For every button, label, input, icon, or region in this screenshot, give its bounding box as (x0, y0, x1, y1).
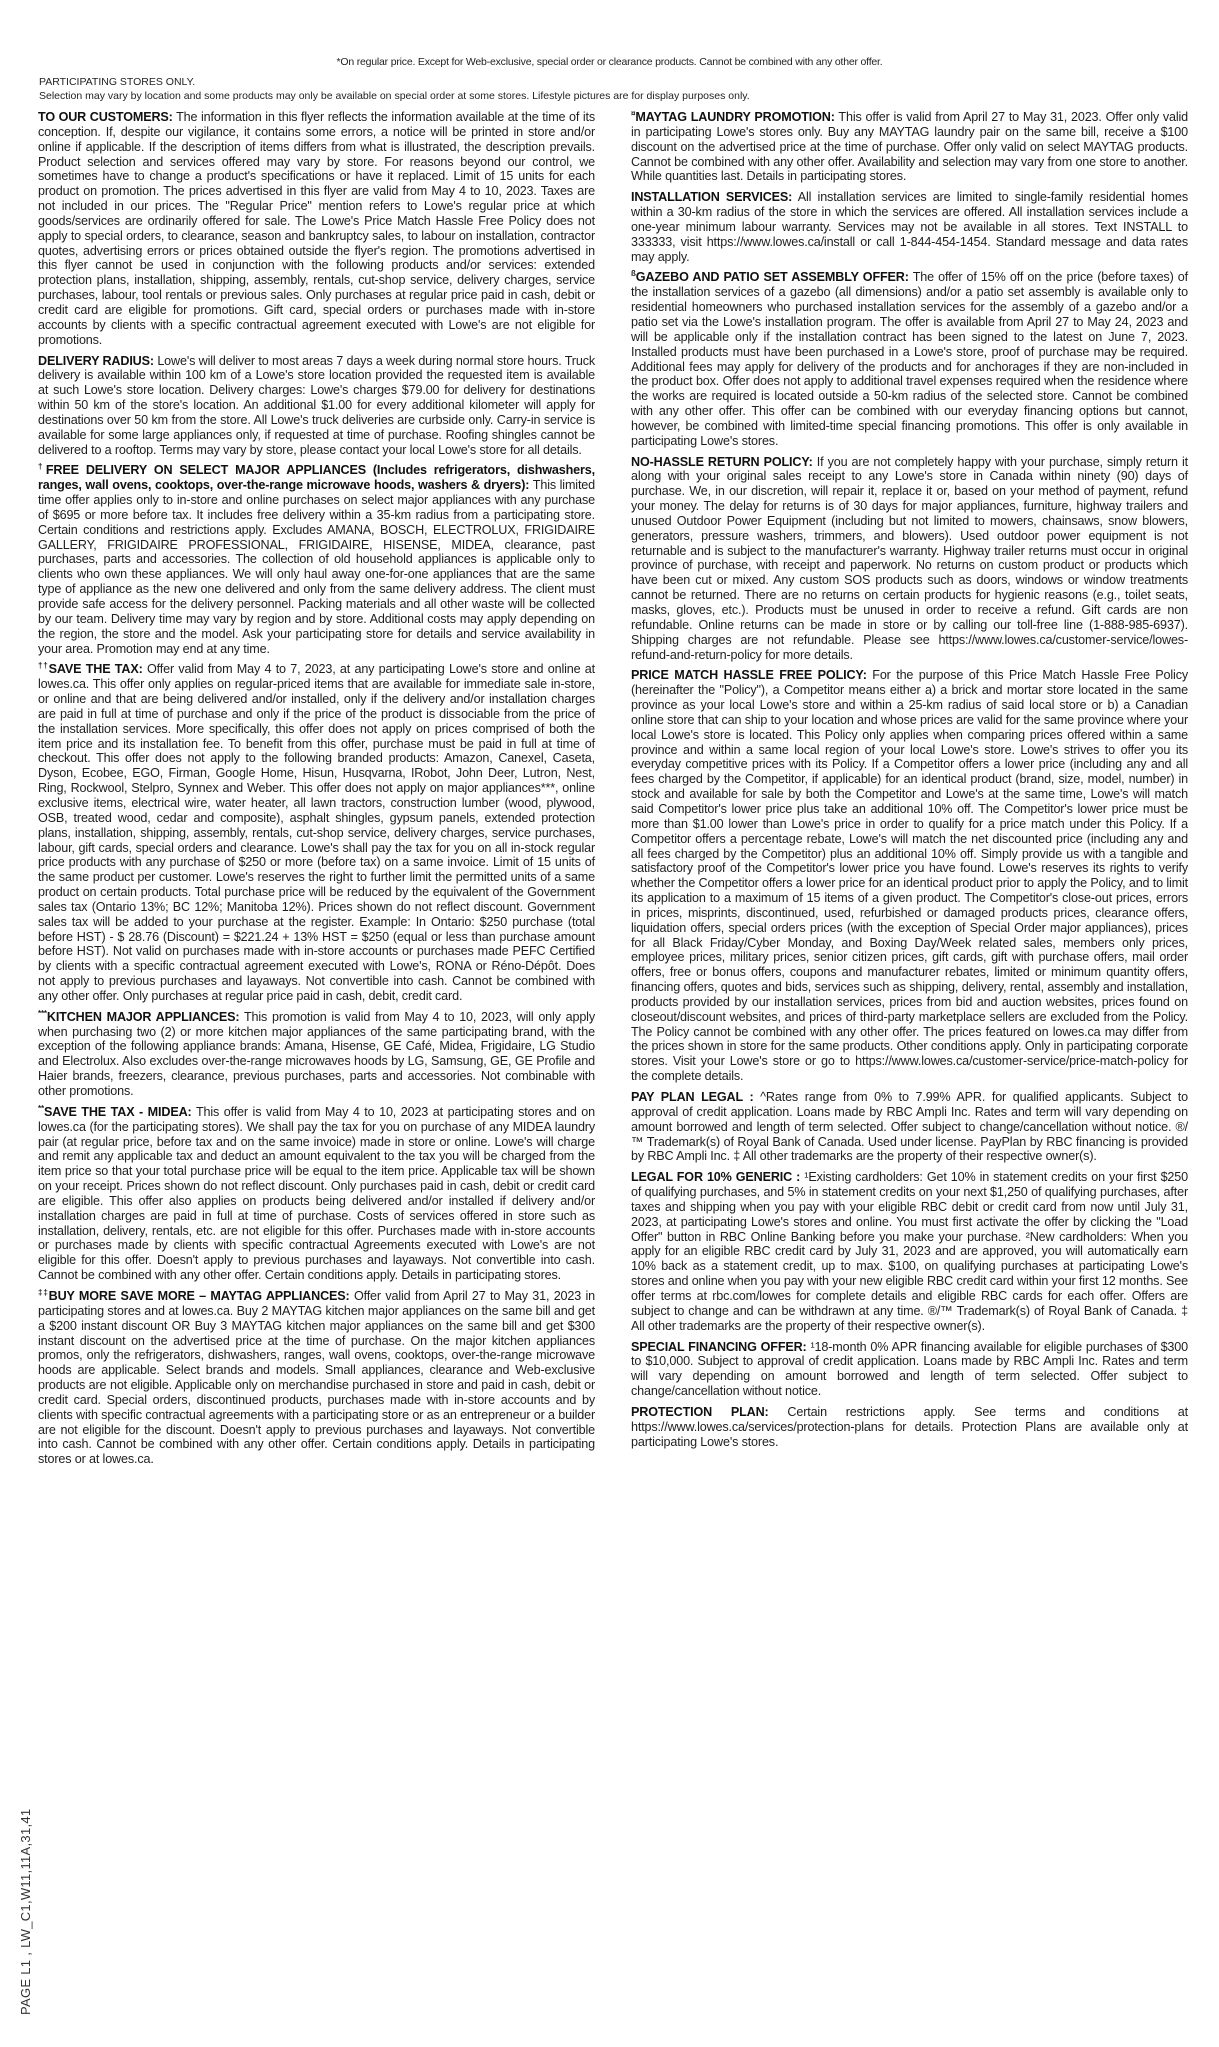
legal-section-buy-more-save-more-maytag: ‡‡BUY MORE SAVE MORE – MAYTAG APPLIANCES… (38, 1289, 595, 1467)
legal-section-save-the-tax-midea: **SAVE THE TAX - MIDEA: This offer is va… (38, 1105, 595, 1283)
section-heading: PRICE MATCH HASSLE FREE POLICY: (631, 668, 867, 682)
participating-stores-label: PARTICIPATING STORES ONLY. (39, 75, 750, 89)
section-body: The offer of 15% off on the price (befor… (631, 270, 1188, 447)
legal-section-price-match: PRICE MATCH HASSLE FREE POLICY: For the … (631, 668, 1188, 1084)
section-heading: LEGAL FOR 10% GENERIC : (631, 1170, 800, 1184)
section-body: Lowe's will deliver to most areas 7 days… (38, 354, 595, 457)
legal-section-installation-services: INSTALLATION SERVICES: All installation … (631, 190, 1188, 264)
section-body: ¹Existing cardholders: Get 10% in statem… (631, 1170, 1188, 1332)
participating-stores-block: PARTICIPATING STORES ONLY. Selection may… (39, 75, 750, 103)
section-heading: GAZEBO AND PATIO SET ASSEMBLY OFFER: (636, 270, 909, 284)
section-heading: SAVE THE TAX - MIDEA: (44, 1105, 192, 1119)
legal-section-pay-plan: PAY PLAN LEGAL : ^Rates range from 0% to… (631, 1090, 1188, 1164)
section-body: The information in this flyer reflects t… (38, 110, 595, 347)
legal-section-10-percent-generic: LEGAL FOR 10% GENERIC : ¹Existing cardho… (631, 1170, 1188, 1333)
section-heading: SAVE THE TAX: (49, 662, 143, 676)
section-heading: DELIVERY RADIUS: (38, 354, 154, 368)
footnote-symbol: † (38, 462, 46, 471)
legal-columns: TO OUR CUSTOMERS: The information in thi… (38, 110, 1188, 1473)
page-side-code: PAGE L1 , LW_C1,W11,11A,31,41 (18, 1809, 33, 2015)
legal-section-return-policy: NO-HASSLE RETURN POLICY: If you are not … (631, 455, 1188, 663)
legal-section-protection-plan: PROTECTION PLAN: Certain restrictions ap… (631, 1405, 1188, 1450)
section-heading: SPECIAL FINANCING OFFER: (631, 1340, 807, 1354)
section-body: For the purpose of this Price Match Hass… (631, 668, 1188, 1083)
section-heading: NO-HASSLE RETURN POLICY: (631, 455, 813, 469)
footnote-symbol: ‡‡ (38, 1288, 49, 1297)
legal-section-save-the-tax: ††SAVE THE TAX: Offer valid from May 4 t… (38, 662, 595, 1003)
left-column: TO OUR CUSTOMERS: The information in thi… (38, 110, 595, 1473)
section-heading: KITCHEN MAJOR APPLIANCES: (47, 1010, 240, 1024)
legal-section-free-delivery: †FREE DELIVERY ON SELECT MAJOR APPLIANCE… (38, 463, 595, 656)
section-body: Offer valid from April 27 to May 31, 202… (38, 1289, 595, 1466)
legal-section-delivery-radius: DELIVERY RADIUS: Lowe's will deliver to … (38, 354, 595, 458)
regular-price-note: *On regular price. Except for Web-exclus… (0, 56, 1219, 68)
footnote-symbol: †† (38, 661, 49, 670)
section-body: Offer valid from May 4 to 7, 2023, at an… (38, 662, 595, 1003)
section-heading: INSTALLATION SERVICES: (631, 190, 792, 204)
selection-note: Selection may vary by location and some … (39, 89, 750, 103)
legal-section-gazebo-patio-assembly: ßGAZEBO AND PATIO SET ASSEMBLY OFFER: Th… (631, 270, 1188, 448)
section-body: This offer is valid from May 4 to 10, 20… (38, 1105, 595, 1282)
footnote-symbol: *** (38, 1009, 47, 1018)
section-heading: MAYTAG LAUNDRY PROMOTION: (635, 110, 834, 124)
section-heading: TO OUR CUSTOMERS: (38, 110, 173, 124)
section-heading: PROTECTION PLAN: (631, 1405, 769, 1419)
legal-section-to-our-customers: TO OUR CUSTOMERS: The information in thi… (38, 110, 595, 348)
legal-section-kitchen-major-appliances: ***KITCHEN MAJOR APPLIANCES: This promot… (38, 1010, 595, 1099)
section-body: If you are not completely happy with you… (631, 455, 1188, 662)
legal-section-maytag-laundry: ¤MAYTAG LAUNDRY PROMOTION: This offer is… (631, 110, 1188, 184)
section-body: This limited time offer applies only to … (38, 478, 595, 655)
section-heading: BUY MORE SAVE MORE – MAYTAG APPLIANCES: (49, 1289, 350, 1303)
legal-section-special-financing: SPECIAL FINANCING OFFER: ¹18-month 0% AP… (631, 1340, 1188, 1399)
section-heading: PAY PLAN LEGAL : (631, 1090, 754, 1104)
section-heading: FREE DELIVERY ON SELECT MAJOR APPLIANCES… (38, 463, 595, 492)
right-column: ¤MAYTAG LAUNDRY PROMOTION: This offer is… (631, 110, 1188, 1473)
